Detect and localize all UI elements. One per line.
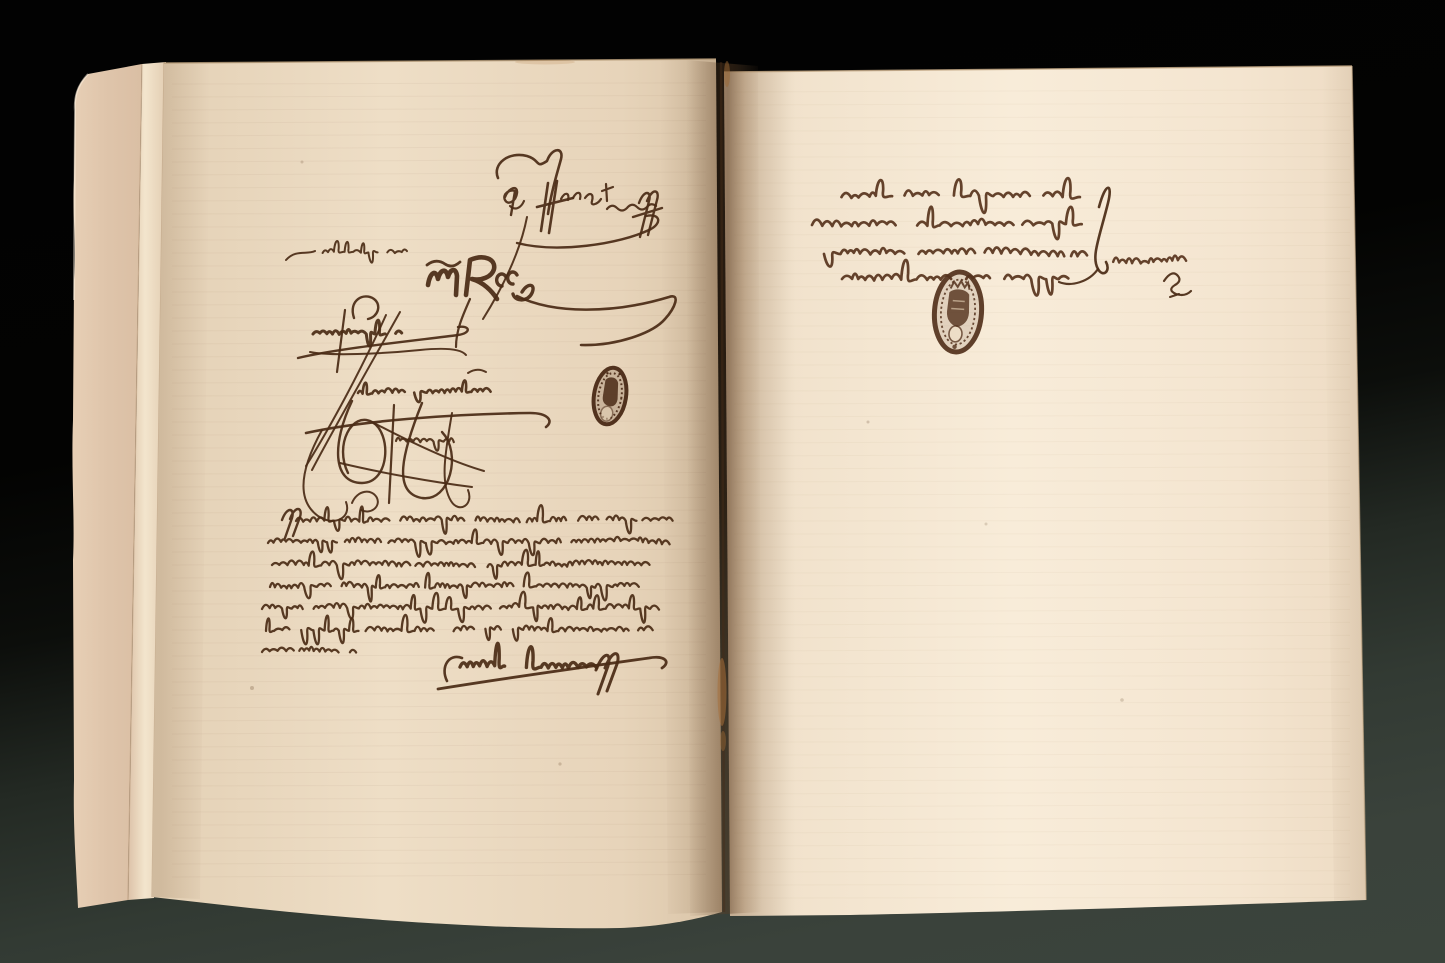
book-gutter <box>686 60 762 916</box>
photo-open-antique-book <box>0 0 1445 963</box>
